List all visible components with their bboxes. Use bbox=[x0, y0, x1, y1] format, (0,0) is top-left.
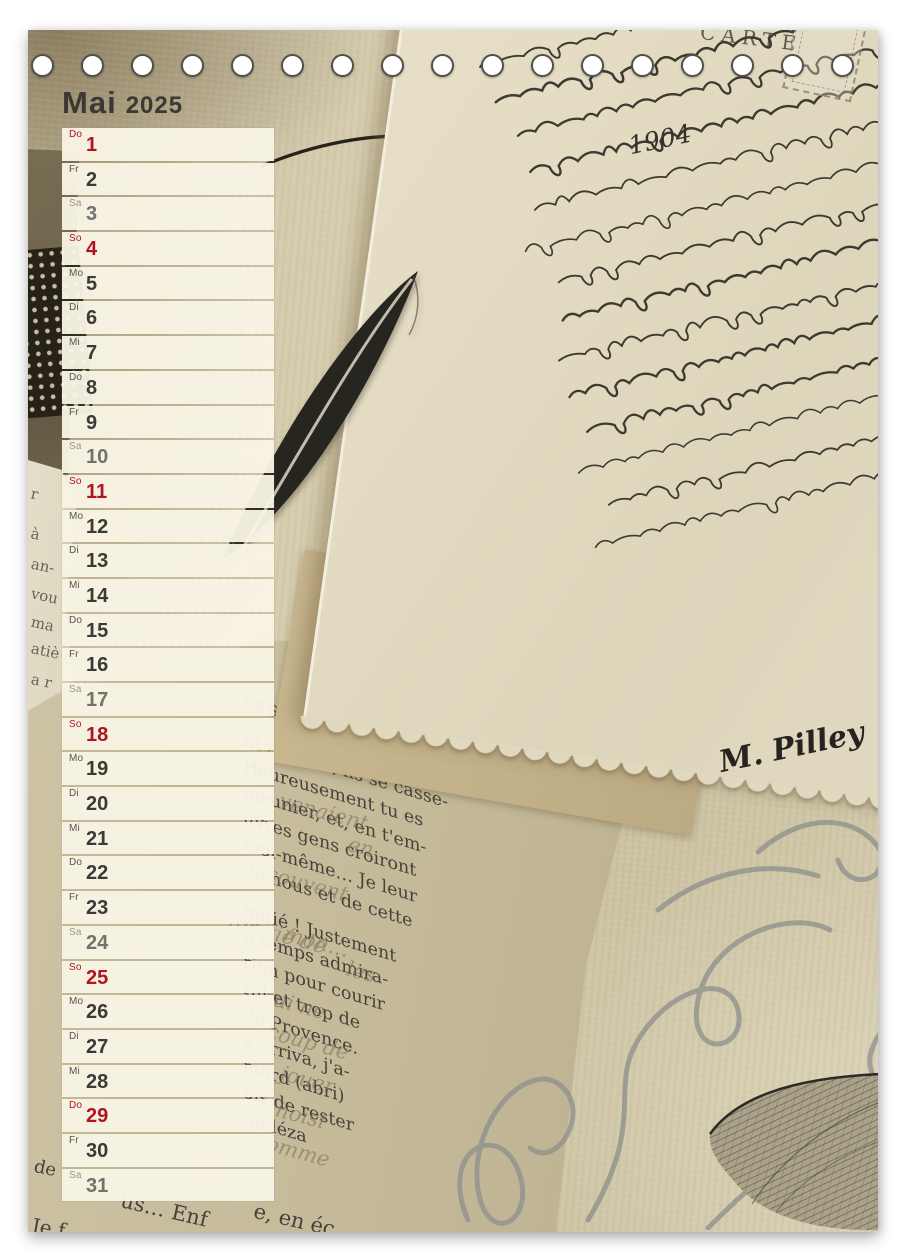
weekday-abbr: Di bbox=[69, 546, 79, 556]
page-title: Mai 2025 bbox=[62, 85, 183, 121]
day-number: 12 bbox=[86, 517, 108, 537]
cursive-handwriting bbox=[440, 30, 878, 601]
handwriting-line bbox=[594, 403, 878, 559]
day-number: 22 bbox=[86, 863, 108, 883]
binder-hole bbox=[531, 54, 554, 77]
weekday-abbr: Fr bbox=[69, 165, 79, 175]
binder-hole bbox=[331, 54, 354, 77]
binder-hole bbox=[31, 54, 54, 77]
calendar-day-row-22: Do22 bbox=[62, 856, 274, 889]
weekday-abbr: Mi bbox=[69, 338, 80, 348]
calendar-sheet: ràan-voumaatièa rerle,eil,doie dut TES C… bbox=[28, 30, 878, 1232]
day-number: 23 bbox=[86, 898, 108, 918]
calendar-day-row-20: Di20 bbox=[62, 787, 274, 820]
calendar-day-row-17: Sa17 bbox=[62, 683, 274, 716]
calendar-day-row-10: Sa10 bbox=[62, 440, 274, 473]
calendar-day-row-18: So18 bbox=[62, 718, 274, 751]
binder-hole bbox=[731, 54, 754, 77]
calendar-day-row-29: Do29 bbox=[62, 1099, 274, 1132]
weekday-abbr: Fr bbox=[69, 408, 79, 418]
binder-hole bbox=[131, 54, 154, 77]
day-number: 25 bbox=[86, 968, 108, 988]
handwriting-line bbox=[577, 318, 878, 484]
day-number: 30 bbox=[86, 1141, 108, 1161]
weekday-abbr: Di bbox=[69, 789, 79, 799]
weekday-abbr: Fr bbox=[69, 1136, 79, 1146]
calendar-day-row-21: Mi21 bbox=[62, 822, 274, 855]
weekday-abbr: Fr bbox=[69, 893, 79, 903]
weekday-abbr: Mo bbox=[69, 269, 83, 279]
weekday-abbr: Do bbox=[69, 616, 82, 626]
day-number: 15 bbox=[86, 621, 108, 641]
day-number: 9 bbox=[86, 413, 97, 433]
day-number: 31 bbox=[86, 1176, 108, 1196]
calendar-day-row-6: Di6 bbox=[62, 301, 274, 334]
weekday-abbr: So bbox=[69, 963, 82, 973]
calendar-day-row-25: So25 bbox=[62, 961, 274, 994]
weekday-abbr: So bbox=[69, 720, 82, 730]
day-number: 11 bbox=[86, 482, 107, 502]
weekday-abbr: Mo bbox=[69, 512, 83, 522]
calendar-day-row-24: Sa24 bbox=[62, 926, 274, 959]
calendar-day-row-8: Do8 bbox=[62, 371, 274, 404]
spiral-binding-holes bbox=[31, 54, 854, 80]
handwriting-line bbox=[558, 97, 878, 302]
binder-hole bbox=[431, 54, 454, 77]
binder-hole bbox=[381, 54, 404, 77]
calendar-day-row-15: Do15 bbox=[62, 614, 274, 647]
binder-hole bbox=[81, 54, 104, 77]
weekday-abbr: So bbox=[69, 234, 82, 244]
day-number: 17 bbox=[86, 690, 108, 710]
day-number: 21 bbox=[86, 829, 108, 849]
weekday-abbr: Sa bbox=[69, 1171, 82, 1181]
day-number: 14 bbox=[86, 586, 108, 606]
calendar-day-row-1: Do1 bbox=[62, 128, 274, 161]
weekday-abbr: Sa bbox=[69, 685, 82, 695]
month-label: Mai bbox=[62, 85, 117, 121]
calendar-day-row-14: Mi14 bbox=[62, 579, 274, 612]
calendar-day-row-4: So4 bbox=[62, 232, 274, 265]
binder-hole bbox=[181, 54, 204, 77]
weekday-abbr: Sa bbox=[69, 442, 82, 452]
calendar-page-photo: ràan-voumaatièa rerle,eil,doie dut TES C… bbox=[0, 0, 905, 1260]
day-number: 3 bbox=[86, 204, 97, 224]
binder-hole bbox=[231, 54, 254, 77]
calendar-day-row-23: Fr23 bbox=[62, 891, 274, 924]
calendar-day-row-5: Mo5 bbox=[62, 267, 274, 300]
day-number: 16 bbox=[86, 655, 108, 675]
calendar-day-row-7: Mi7 bbox=[62, 336, 274, 369]
calendar-day-row-31: Sa31 bbox=[62, 1169, 274, 1202]
weekday-abbr: Mo bbox=[69, 997, 83, 1007]
calendar-day-row-19: Mo19 bbox=[62, 752, 274, 785]
day-number: 2 bbox=[86, 170, 97, 190]
year-label: 2025 bbox=[126, 92, 183, 120]
weekday-abbr: Sa bbox=[69, 199, 82, 209]
calendar-day-row-2: Fr2 bbox=[62, 163, 274, 196]
calendar-day-row-30: Fr30 bbox=[62, 1134, 274, 1167]
weekday-abbr: Do bbox=[69, 858, 82, 868]
day-number: 13 bbox=[86, 551, 108, 571]
weekday-abbr: Di bbox=[69, 1032, 79, 1042]
binder-hole bbox=[481, 54, 504, 77]
weekday-abbr: Do bbox=[69, 373, 82, 383]
weekday-abbr: Mi bbox=[69, 581, 80, 591]
weekday-abbr: Do bbox=[69, 1101, 82, 1111]
calendar-day-row-3: Sa3 bbox=[62, 197, 274, 230]
day-number: 7 bbox=[86, 343, 97, 363]
day-number: 29 bbox=[86, 1106, 108, 1126]
weekday-abbr: Fr bbox=[69, 650, 79, 660]
weekday-abbr: Do bbox=[69, 130, 82, 140]
day-number: 10 bbox=[86, 447, 108, 467]
butterfly-wing-sketch bbox=[694, 1072, 878, 1232]
calendar-day-row-26: Mo26 bbox=[62, 995, 274, 1028]
weekday-abbr: Mi bbox=[69, 824, 80, 834]
calendar-day-strip: Do1Fr2Sa3So4Mo5Di6Mi7Do8Fr9Sa10So11Mo12D… bbox=[62, 128, 274, 1203]
binder-hole bbox=[631, 54, 654, 77]
calendar-day-row-12: Mo12 bbox=[62, 510, 274, 543]
weekday-abbr: Di bbox=[69, 303, 79, 313]
binder-hole bbox=[681, 54, 704, 77]
day-number: 1 bbox=[86, 135, 97, 155]
day-number: 19 bbox=[86, 759, 108, 779]
binder-hole bbox=[281, 54, 304, 77]
calendar-day-row-27: Di27 bbox=[62, 1030, 274, 1063]
weekday-abbr: Mi bbox=[69, 1067, 80, 1077]
day-number: 4 bbox=[86, 239, 97, 259]
weekday-abbr: Sa bbox=[69, 928, 82, 938]
calendar-day-row-11: So11 bbox=[62, 475, 274, 508]
calendar-day-row-13: Di13 bbox=[62, 544, 274, 577]
handwriting-line bbox=[586, 257, 878, 446]
day-number: 6 bbox=[86, 308, 97, 328]
binder-hole bbox=[831, 54, 854, 77]
weekday-abbr: So bbox=[69, 477, 82, 487]
binder-hole bbox=[781, 54, 804, 77]
weekday-abbr: Mo bbox=[69, 754, 83, 764]
binder-hole bbox=[581, 54, 604, 77]
calendar-day-row-16: Fr16 bbox=[62, 648, 274, 681]
day-number: 18 bbox=[86, 725, 108, 745]
calendar-day-row-9: Fr9 bbox=[62, 406, 274, 439]
day-number: 24 bbox=[86, 933, 108, 953]
day-number: 5 bbox=[86, 274, 97, 294]
day-number: 27 bbox=[86, 1037, 108, 1057]
day-number: 20 bbox=[86, 794, 108, 814]
book-bottom-fragment: de bbox=[32, 1156, 58, 1181]
day-number: 28 bbox=[86, 1072, 108, 1092]
day-number: 26 bbox=[86, 1002, 108, 1022]
day-number: 8 bbox=[86, 378, 97, 398]
calendar-day-row-28: Mi28 bbox=[62, 1065, 274, 1098]
handwriting-line bbox=[524, 85, 878, 266]
